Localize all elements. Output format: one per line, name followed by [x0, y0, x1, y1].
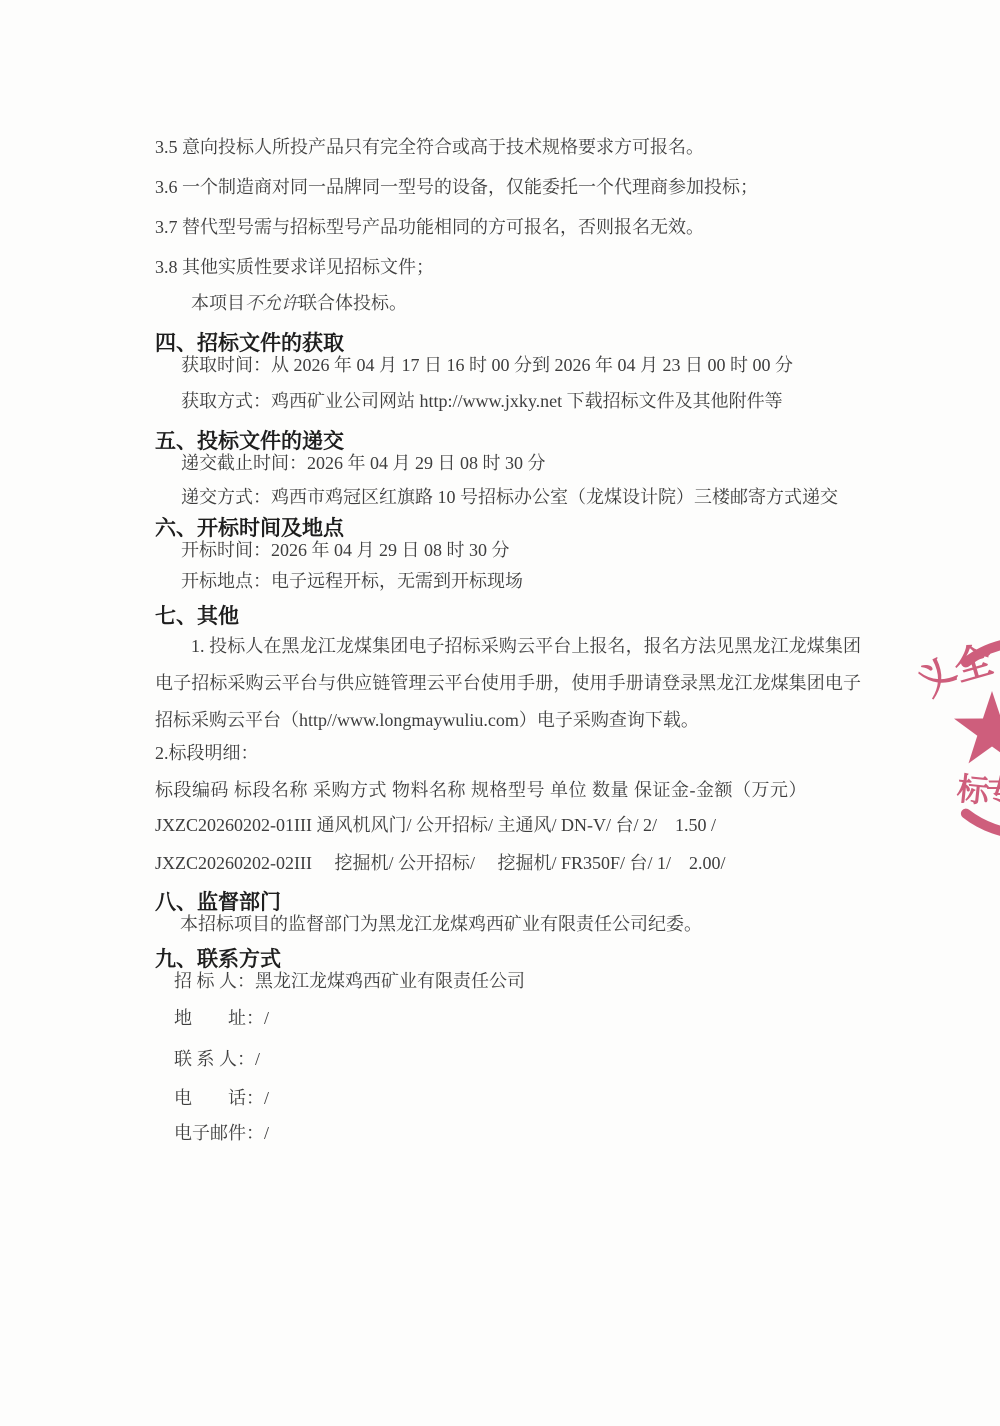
contact-value: / [264, 1088, 269, 1108]
section-9-heading: 九、联系方式 [155, 949, 861, 971]
section-4-obtain-method: 获取方式：鸡西矿业公司网站 http://www.jxky.net 下载招标文件… [155, 391, 861, 411]
section-6-open-place: 开标地点：电子远程开标，无需到开标现场 [155, 571, 861, 591]
contact-label: 电子邮件： [174, 1123, 264, 1143]
contact-row-email: 电子邮件：/ [155, 1123, 861, 1143]
clause-3-6: 3.6 一个制造商对同一品牌同一型号的设备，仅能委托一个代理商参加投标； [155, 177, 861, 197]
section-5-method: 递交方式：鸡西市鸡冠区红旗路 10 号招标办公室（龙煤设计院）三楼邮寄方式递交 [155, 487, 861, 507]
section-8-body: 本招标项目的监督部门为黑龙江龙煤鸡西矿业有限责任公司纪委。 [155, 914, 861, 934]
section-5-deadline: 递交截止时间：2026 年 04 月 29 日 08 时 30 分 [155, 453, 861, 473]
contact-value: / [264, 1008, 269, 1028]
section-7-heading: 七、其他 [155, 606, 861, 628]
clause-3-5: 3.5 意向投标人所投产品只有完全符合或高于技术规格要求方可报名。 [155, 137, 861, 157]
seal-bottom-arc [966, 812, 1000, 834]
contact-label: 招 标 人： [174, 971, 255, 991]
tender-notice-document-page: 3.5 意向投标人所投产品只有完全符合或高于技术规格要求方可报名。 3.6 一个… [0, 0, 1000, 1426]
contact-label: 联 系 人： [174, 1049, 255, 1069]
clause-3-8: 3.8 其他实质性要求详见招标文件； [155, 257, 861, 277]
contact-label: 电 话： [174, 1088, 264, 1108]
contact-value: / [264, 1123, 269, 1143]
contact-value: / [255, 1049, 260, 1069]
joint-venture-suffix: 联合体投标。 [299, 293, 407, 313]
document-body: 3.5 意向投标人所投产品只有完全符合或高于技术规格要求方可报名。 3.6 一个… [155, 137, 861, 1143]
section-5-heading: 五、投标文件的递交 [155, 431, 861, 453]
contact-row-phone: 电 话：/ [155, 1088, 861, 1108]
lot-table-header: 标段编码 标段名称 采购方式 物料名称 规格型号 单位 数量 保证金-金额（万元… [155, 780, 861, 800]
star-icon [954, 691, 1000, 763]
joint-venture-prefix: 本项目 [191, 293, 245, 313]
clause-3-7: 3.7 替代型号需与招标型号产品功能相同的方可报名，否则报名无效。 [155, 217, 861, 237]
section-8-heading: 八、监督部门 [155, 892, 861, 914]
joint-venture-emphasis: 不允许 [245, 293, 299, 313]
contact-value: 黑龙江龙煤鸡西矿业有限责任公司 [255, 971, 525, 991]
section-4-obtain-time: 获取时间：从 2026 年 04 月 17 日 16 时 00 分到 2026 … [155, 355, 861, 375]
contact-row-address: 地 址：/ [155, 1008, 861, 1028]
section-6-open-time: 开标时间：2026 年 04 月 29 日 08 时 30 分 [155, 540, 861, 560]
lot-table-row: JXZC20260202-02III 挖掘机/ 公开招标/ 挖掘机/ FR350… [155, 853, 861, 873]
section-7-paragraph: 1. 投标人在黑龙江龙煤集团电子招标采购云平台上报名，报名方法见黑龙江龙煤集团电… [155, 628, 861, 739]
contact-row-person: 联 系 人：/ [155, 1049, 861, 1069]
lot-detail-label: 2.标段明细： [155, 743, 861, 763]
section-6-heading: 六、开标时间及地点 [155, 518, 861, 540]
section-4-heading: 四、招标文件的获取 [155, 333, 861, 355]
lot-table-row: JXZC20260202-01III 通风机风门/ 公开招标/ 主通风/ DN-… [155, 815, 861, 835]
contact-label: 地 址： [174, 1008, 264, 1028]
seal-bottom-char: 专 [986, 774, 1000, 810]
joint-venture-note: 本项目不允许联合体投标。 [155, 293, 861, 313]
red-seal-stamp: 义 全 标 专 [915, 626, 1000, 856]
contact-row-tenderer: 招 标 人：黑龙江龙煤鸡西矿业有限责任公司 [155, 971, 861, 991]
